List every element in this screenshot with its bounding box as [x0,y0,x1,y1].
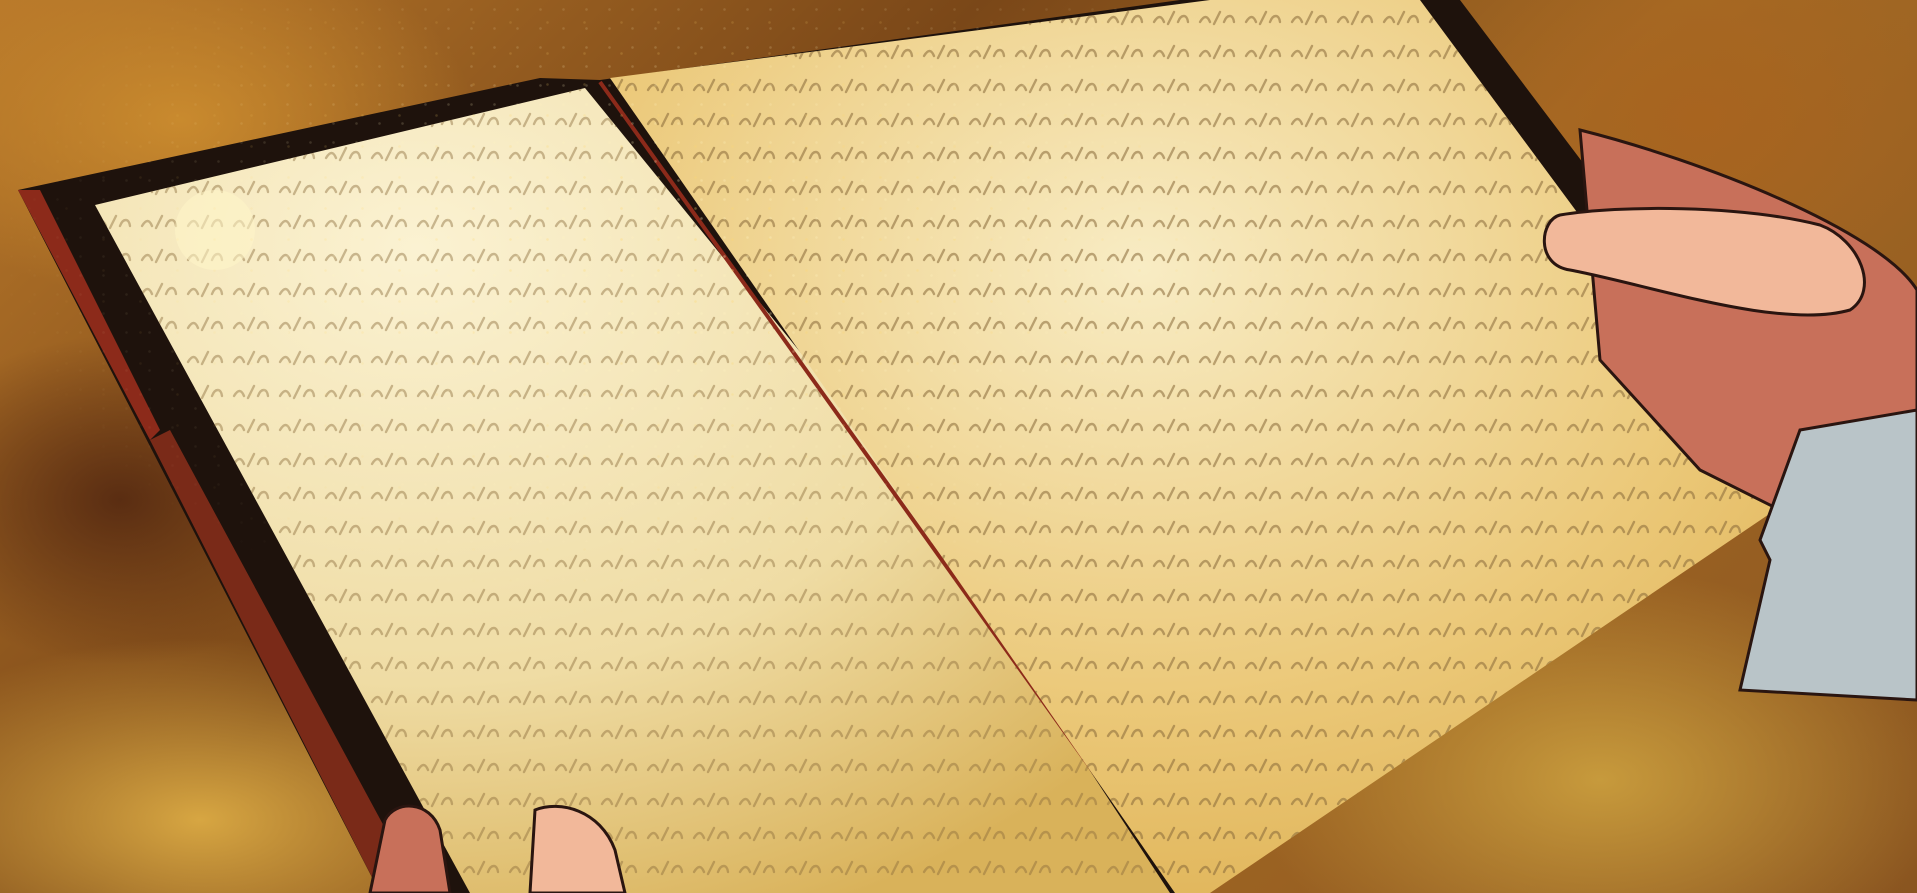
illustration-scene: Anime-style illustration of an open book… [0,0,1917,893]
glow-highlight [175,190,255,270]
book-illustration [0,0,1917,893]
